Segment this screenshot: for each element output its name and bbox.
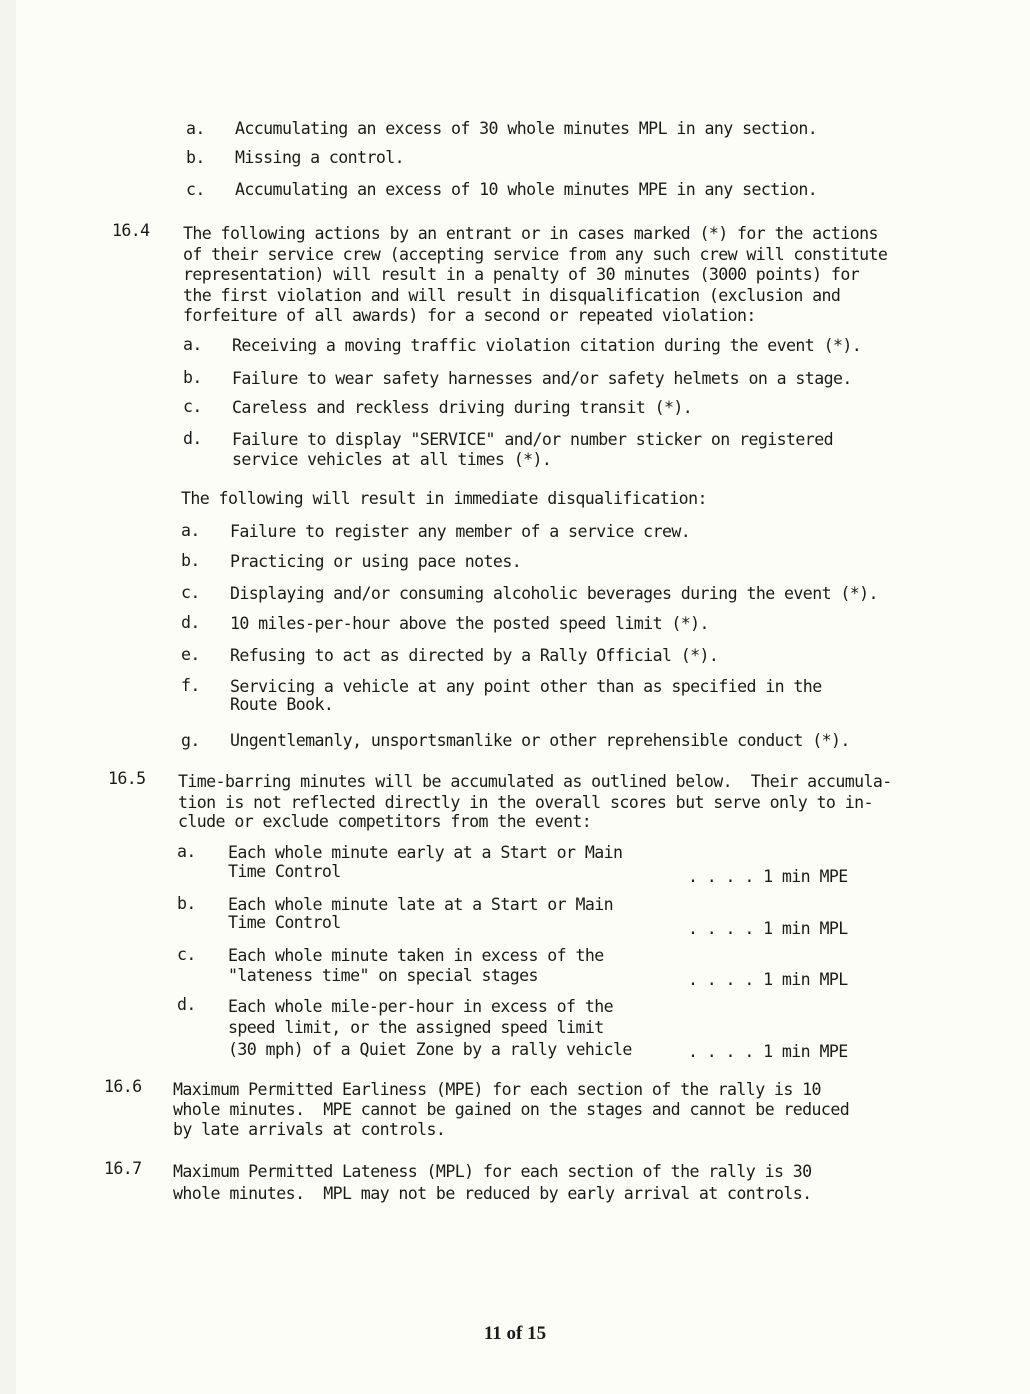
- list-item: Failure to register any member of a serv…: [230, 522, 690, 543]
- paragraph-line: tion is not reflected directly in the ov…: [178, 793, 873, 814]
- list-item: Route Book.: [230, 695, 333, 716]
- paragraph-line: of their service crew (accepting service…: [183, 245, 887, 266]
- list-item: Ungentlemanly, unsportsmanlike or other …: [230, 731, 850, 752]
- list-label: d.: [177, 995, 196, 1016]
- penalty-value: . . . . 1 min MPL: [688, 970, 848, 991]
- list-item: Refusing to act as directed by a Rally O…: [230, 646, 718, 667]
- list-item: Each whole mile-per-hour in excess of th…: [228, 997, 613, 1018]
- list-label: f.: [181, 676, 200, 697]
- list-label: b.: [183, 368, 202, 389]
- list-label: g.: [181, 731, 200, 752]
- list-label: a.: [183, 335, 202, 356]
- paragraph-line: whole minutes. MPE cannot be gained on t…: [173, 1100, 849, 1121]
- list-label: c.: [181, 583, 200, 604]
- section-number: 16.6: [104, 1077, 142, 1098]
- list-label: b.: [186, 148, 205, 169]
- disqualification-intro: The following will result in immediate d…: [181, 489, 707, 510]
- list-item: Accumulating an excess of 30 whole minut…: [235, 119, 817, 140]
- paragraph-line: The following actions by an entrant or i…: [183, 224, 878, 245]
- paragraph-line: clude or exclude competitors from the ev…: [178, 812, 591, 833]
- section-number: 16.7: [104, 1159, 142, 1180]
- list-label: a.: [186, 119, 205, 140]
- list-item: service vehicles at all times (*).: [232, 450, 551, 471]
- list-item: Displaying and/or consuming alcoholic be…: [230, 584, 878, 605]
- list-label: e.: [181, 645, 200, 666]
- penalty-value: . . . . 1 min MPE: [688, 867, 848, 888]
- page-number: 11 of 15: [0, 1323, 1030, 1345]
- list-item: (30 mph) of a Quiet Zone by a rally vehi…: [228, 1040, 632, 1061]
- list-label: c.: [177, 945, 196, 966]
- list-label: d.: [181, 613, 200, 634]
- list-item: Receiving a moving traffic violation cit…: [232, 336, 861, 357]
- list-label: b.: [181, 551, 200, 572]
- paragraph-line: whole minutes. MPL may not be reduced by…: [173, 1184, 812, 1205]
- list-item: Accumulating an excess of 10 whole minut…: [235, 180, 817, 201]
- list-item: speed limit, or the assigned speed limit: [228, 1018, 604, 1039]
- list-label: a.: [177, 842, 196, 863]
- list-item: 10 miles-per-hour above the posted speed…: [230, 614, 709, 635]
- paragraph-line: representation) will result in a penalty…: [183, 265, 859, 286]
- list-item: Each whole minute taken in excess of the: [228, 946, 604, 967]
- list-item: Each whole minute early at a Start or Ma…: [228, 843, 622, 864]
- list-item: Time Control: [228, 862, 341, 883]
- list-item: Failure to display "SERVICE" and/or numb…: [232, 430, 833, 451]
- paragraph-line: Time-barring minutes will be accumulated…: [178, 772, 892, 793]
- penalty-value: . . . . 1 min MPE: [688, 1042, 848, 1063]
- paragraph-line: Maximum Permitted Lateness (MPL) for eac…: [173, 1162, 812, 1183]
- paragraph-line: forfeiture of all awards) for a second o…: [183, 306, 756, 327]
- list-item: Failure to wear safety harnesses and/or …: [232, 369, 852, 390]
- paragraph-line: Maximum Permitted Earliness (MPE) for ea…: [173, 1080, 821, 1101]
- list-label: d.: [183, 429, 202, 450]
- list-item: "lateness time" on special stages: [228, 966, 538, 987]
- section-number: 16.4: [112, 221, 150, 242]
- penalty-value: . . . . 1 min MPL: [688, 919, 848, 940]
- list-label: b.: [177, 894, 196, 915]
- list-label: c.: [186, 180, 205, 201]
- list-item: Missing a control.: [235, 148, 404, 169]
- list-label: c.: [183, 397, 202, 418]
- list-item: Careless and reckless driving during tra…: [232, 398, 692, 419]
- section-number: 16.5: [108, 769, 146, 790]
- page-edge: [0, 0, 16, 1394]
- list-item: Practicing or using pace notes.: [230, 552, 521, 573]
- list-label: a.: [181, 521, 200, 542]
- paragraph-line: by late arrivals at controls.: [173, 1120, 445, 1141]
- paragraph-line: the first violation and will result in d…: [183, 286, 840, 307]
- list-item: Time Control: [228, 913, 341, 934]
